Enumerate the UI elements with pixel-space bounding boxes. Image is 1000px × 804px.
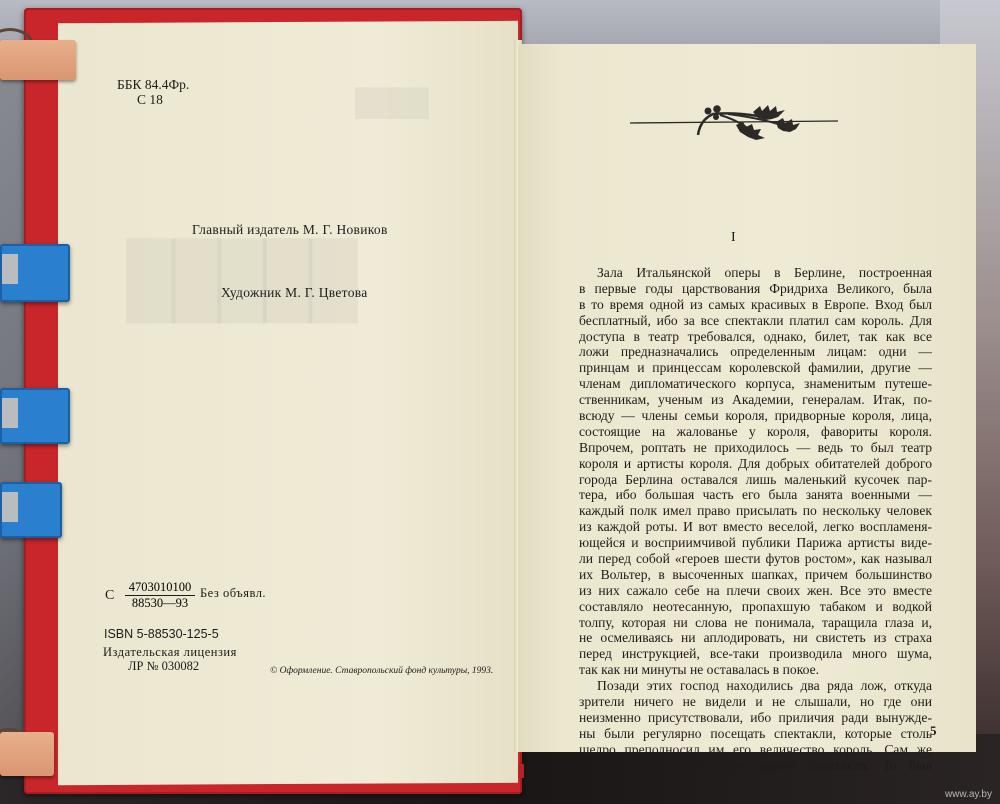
artist-credit: Художник М. Г. Цветова <box>221 285 368 300</box>
text-line: Зала Итальянской оперы в Берлине, постро… <box>579 265 932 281</box>
chapter-number: I <box>731 230 736 245</box>
price-code-letter: С <box>105 588 114 603</box>
show-through-text: ████ <box>355 88 429 118</box>
text-line: так как ни минуты не оставалась в покое. <box>579 662 932 678</box>
text-line: в то время одной из самых красивых в Евр… <box>579 297 932 313</box>
text-line: ны были регулярно посещать спектакли, ко… <box>579 726 932 742</box>
text-line: в первые годы царствования Фридриха Вели… <box>579 281 932 297</box>
holly-branch-ornament-icon <box>628 100 848 145</box>
blue-binder-clip <box>0 244 70 302</box>
text-line: членам дипломатического корпуса, знамени… <box>579 376 932 392</box>
text-line: составляло неотесанную, пропахшую табако… <box>579 599 932 615</box>
watermark: www.ay.by <box>945 789 992 800</box>
chapter-body-text: Зала Итальянской оперы в Берлине, постро… <box>579 265 932 774</box>
text-line: города Берлина оставался лишь маленький … <box>579 472 932 488</box>
price-code-fraction: 4703010100 88530—93 <box>125 580 195 610</box>
bbk-classification: ББК 84.4Фр. С 18 <box>117 77 189 107</box>
text-line: ли перед собой «героев шести футов росто… <box>579 551 932 567</box>
text-line: Позади этих господ находились два ряда л… <box>579 678 932 694</box>
chief-publisher: Главный издатель М. Г. Новиков <box>192 222 388 237</box>
show-through-title: █████ <box>130 240 358 320</box>
orange-binder-tab <box>0 732 54 776</box>
text-line: короля и артисты короля. Для добрых обит… <box>579 456 932 472</box>
text-line: ложи предназначались определенным лицам:… <box>579 344 932 360</box>
text-line: ющейся и восприимчивой публики Парижа ар… <box>579 535 932 551</box>
bbk-code: ББК 84.4Фр. <box>117 77 189 92</box>
price-code-denominator: 88530—93 <box>125 596 195 610</box>
orange-binder-tab <box>0 40 76 80</box>
text-line: король не пропускал ни одного спектакля.… <box>579 758 932 774</box>
text-line: неизменно присутствовали, ибо приличия р… <box>579 710 932 726</box>
isbn: ISBN 5-88530-125-5 <box>104 627 219 642</box>
text-line: состоящие на жалованье у короля, фаворит… <box>579 424 932 440</box>
text-line: щедро преподносил им его величество коро… <box>579 742 932 758</box>
license-label: Издательская лицензия <box>103 645 237 660</box>
text-line: перед инструкцией, все-таки производила … <box>579 646 932 662</box>
text-line: принцам и принцессам королевской фамилии… <box>579 360 932 376</box>
text-line: их Вольтер, в высоченных шапках, причем … <box>579 567 932 583</box>
blue-binder-clip <box>0 482 62 538</box>
text-line: из каждой роты. И вот вместо веселой, ле… <box>579 519 932 535</box>
license-number: ЛР № 030082 <box>128 659 199 674</box>
text-line: всюду — члены семьи короля, придворные к… <box>579 408 932 424</box>
text-line: доступа в театр требовался, однако, биле… <box>579 329 932 345</box>
price-note: Без объявл. <box>200 586 266 601</box>
copyright-notice: © Оформление. Ставропольский фонд культу… <box>270 664 493 679</box>
text-line: тера, ибо большая часть его была занята … <box>579 487 932 503</box>
author-mark: С 18 <box>117 92 189 107</box>
blue-binder-clip <box>0 388 70 444</box>
text-line: толпу, которая ни слова не понимала, тар… <box>579 615 932 631</box>
text-line: ственникам, ученым из Академии, генерала… <box>579 392 932 408</box>
text-line: не осмеливаясь ни аплодировать, ни свист… <box>579 630 932 646</box>
text-line: из них сажало себе на плечи своих жен. В… <box>579 583 932 599</box>
text-line: Впрочем, роптать не приходилось — ведь т… <box>579 440 932 456</box>
text-line: каждый полк имел право присылать по неск… <box>579 503 932 519</box>
page-number: 5 <box>930 723 937 738</box>
text-line: бесплатный, ибо за все спектакли платил … <box>579 313 932 329</box>
price-code-numerator: 4703010100 <box>125 580 195 596</box>
text-line: зрители ничего не видели и не слышали, н… <box>579 694 932 710</box>
